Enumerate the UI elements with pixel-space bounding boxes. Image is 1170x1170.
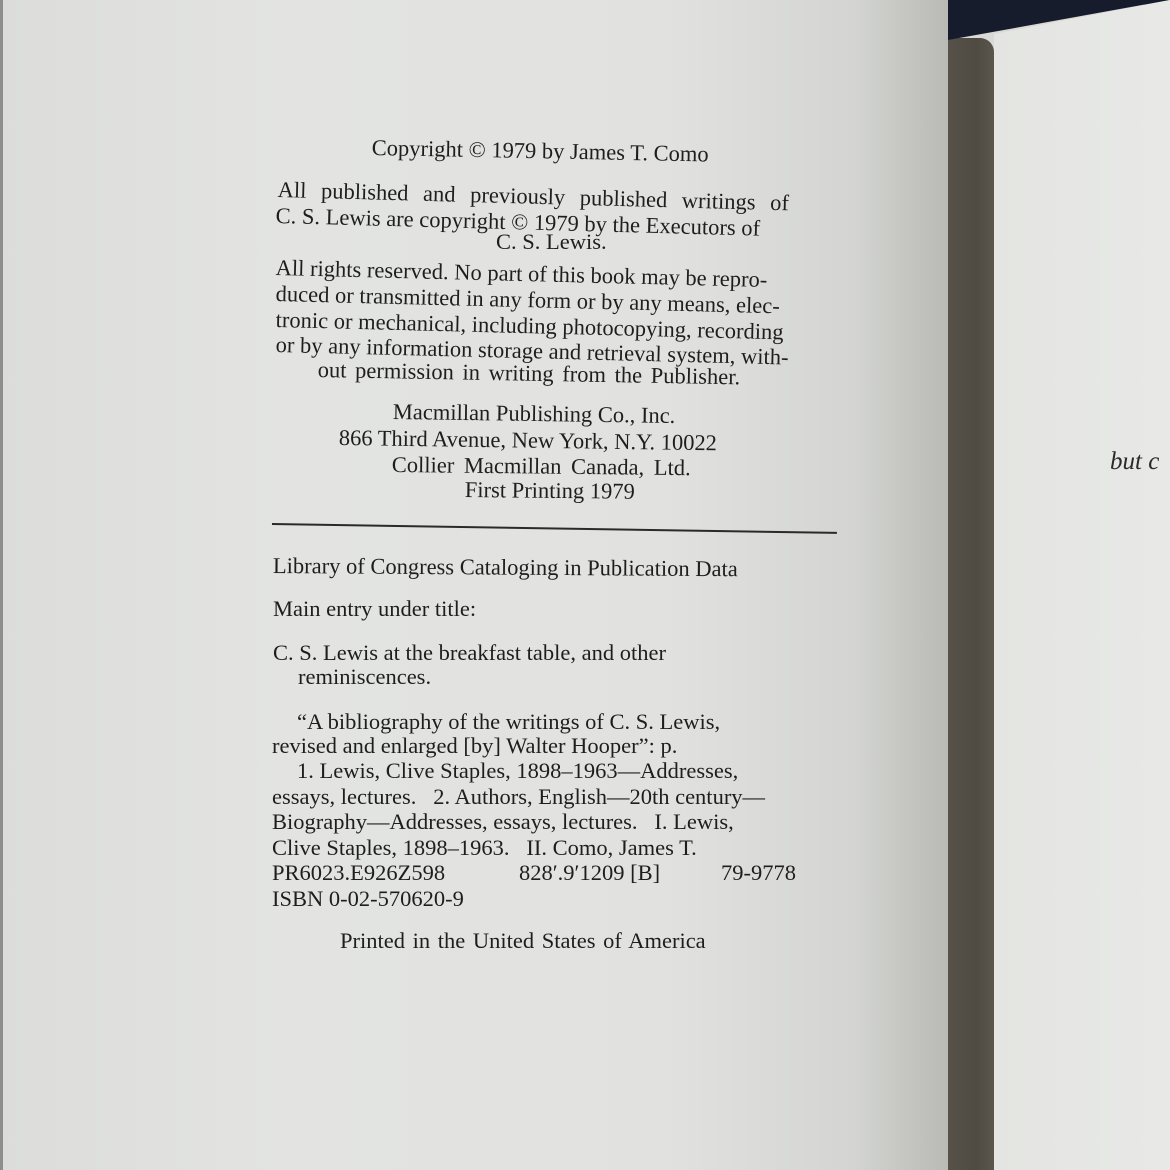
- book-photo: Copyright © 1979 by James T. Como All pu…: [0, 0, 1170, 1170]
- copyright-page: Copyright © 1979 by James T. Como All pu…: [0, 0, 948, 1170]
- cip-note-line-6: Clive Staples, 1898–1963. II. Como, Jame…: [272, 835, 697, 861]
- page-gutter-shadow: [948, 38, 994, 1170]
- cip-title-line-2: reminiscences.: [298, 664, 431, 690]
- facing-page: but c: [994, 0, 1170, 1170]
- cip-main-entry: Main entry under title:: [273, 596, 476, 622]
- dewey-number: 828′.9′1209 [B]: [519, 860, 660, 886]
- facing-page-text: but c: [1110, 448, 1159, 476]
- copyright-line: Copyright © 1979 by James T. Como: [372, 135, 709, 167]
- lewis-copyright-line-3: C. S. Lewis.: [496, 229, 607, 255]
- printed-in: Printed in the United States of America: [340, 928, 706, 954]
- lccn: 79-9778: [721, 860, 796, 886]
- cip-heading: Library of Congress Cataloging in Public…: [273, 553, 738, 582]
- cip-note-line-1: “A bibliography of the writings of C. S.…: [297, 709, 720, 735]
- publisher-canada: Collier Macmillan Canada, Ltd.: [392, 452, 691, 481]
- imprint-block: Copyright © 1979 by James T. Como All pu…: [0, 0, 948, 1170]
- cip-note-line-5: Biography—Addresses, essays, lectures. I…: [272, 809, 734, 835]
- isbn: ISBN 0-02-570620-9: [272, 886, 464, 912]
- cip-note-line-3: 1. Lewis, Clive Staples, 1898–1963—Addre…: [297, 758, 738, 784]
- cip-note-line-2: revised and enlarged [by] Walter Hooper”…: [272, 733, 677, 759]
- section-divider: [272, 523, 837, 534]
- cip-note-line-4: essays, lectures. 2. Authors, English—20…: [272, 784, 765, 810]
- publisher-name: Macmillan Publishing Co., Inc.: [393, 399, 676, 429]
- first-printing: First Printing 1979: [465, 477, 635, 505]
- cip-title-line-1: C. S. Lewis at the breakfast table, and …: [273, 640, 666, 666]
- lc-call-number: PR6023.E926Z598: [272, 860, 445, 886]
